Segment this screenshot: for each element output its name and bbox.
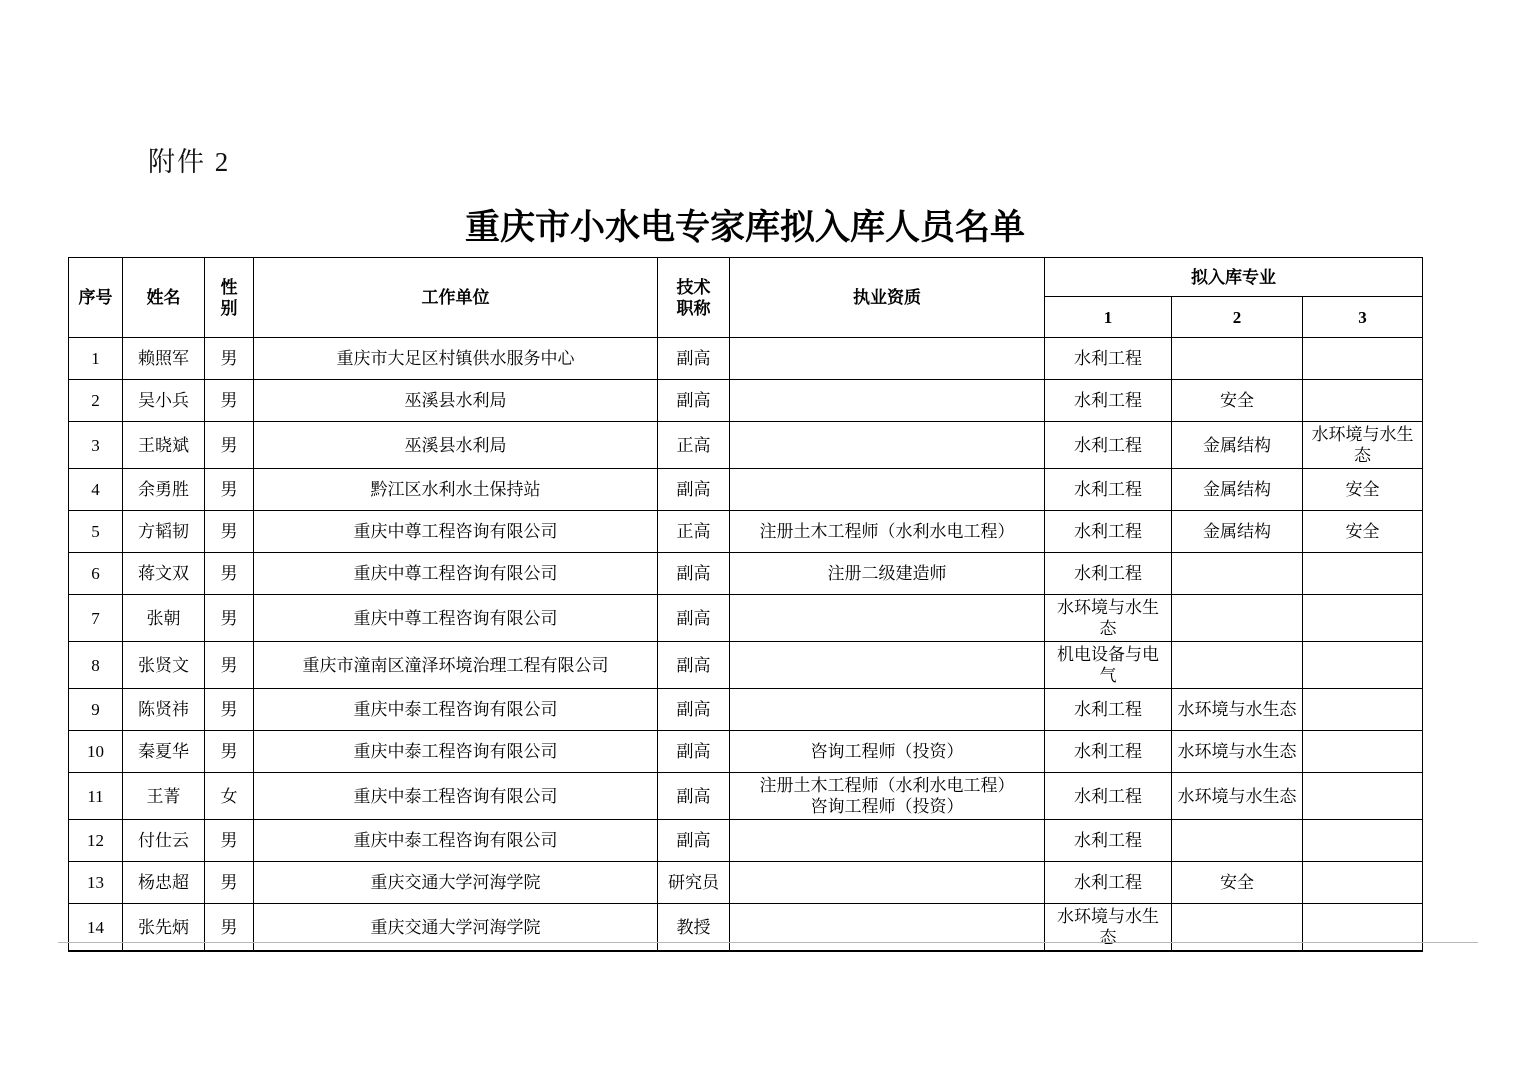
qualification-cell (730, 422, 1045, 469)
index-cell: 9 (69, 689, 123, 731)
specialty-3-cell (1303, 553, 1423, 595)
specialty-3-cell (1303, 642, 1423, 689)
specialty-2-cell (1172, 595, 1303, 642)
work-unit-cell: 重庆市大足区村镇供水服务中心 (254, 338, 658, 380)
name-cell: 张贤文 (123, 642, 205, 689)
tech-title-cell: 副高 (658, 689, 730, 731)
qualification-cell (730, 338, 1045, 380)
index-cell: 7 (69, 595, 123, 642)
table-row: 3王晓斌男巫溪县水利局正高水利工程金属结构水环境与水生态 (69, 422, 1423, 469)
index-cell: 11 (69, 773, 123, 820)
specialty-1-cell: 水利工程 (1045, 553, 1172, 595)
specialty-3-cell (1303, 380, 1423, 422)
tech-title-cell: 副高 (658, 553, 730, 595)
specialty-2-cell: 安全 (1172, 380, 1303, 422)
name-cell: 蒋文双 (123, 553, 205, 595)
tech-title-cell: 副高 (658, 595, 730, 642)
work-unit-cell: 重庆中尊工程咨询有限公司 (254, 553, 658, 595)
qualification-cell (730, 595, 1045, 642)
specialty-2-cell: 金属结构 (1172, 422, 1303, 469)
page-title: 重庆市小水电专家库拟入库人员名单 (68, 200, 1422, 250)
tech-title-cell: 副高 (658, 773, 730, 820)
qualification-cell (730, 862, 1045, 904)
name-cell: 方韬韧 (123, 511, 205, 553)
qualification-cell: 注册二级建造师 (730, 553, 1045, 595)
specialty-2-cell: 水环境与水生态 (1172, 689, 1303, 731)
work-unit-cell: 重庆中泰工程咨询有限公司 (254, 689, 658, 731)
specialty-1-cell: 水利工程 (1045, 773, 1172, 820)
tech-title-cell: 副高 (658, 642, 730, 689)
tech-title-cell: 正高 (658, 511, 730, 553)
work-unit-cell: 黔江区水利水土保持站 (254, 469, 658, 511)
qualification-cell: 注册土木工程师（水利水电工程） 咨询工程师（投资） (730, 773, 1045, 820)
header-specialty-group: 拟入库专业 (1045, 258, 1423, 297)
gender-cell: 男 (205, 689, 254, 731)
qualification-cell (730, 469, 1045, 511)
specialty-3-cell (1303, 904, 1423, 952)
header-row-1: 序号 姓名 性 别 工作单位 技术 职称 执业资质 拟入库专业 (69, 258, 1423, 297)
qualification-cell (730, 820, 1045, 862)
header-specialty-3: 3 (1303, 297, 1423, 338)
tech-title-cell: 副高 (658, 380, 730, 422)
specialty-1-cell: 水利工程 (1045, 862, 1172, 904)
index-cell: 8 (69, 642, 123, 689)
tech-title-cell: 副高 (658, 338, 730, 380)
work-unit-cell: 巫溪县水利局 (254, 380, 658, 422)
gender-cell: 男 (205, 595, 254, 642)
work-unit-cell: 重庆交通大学河海学院 (254, 904, 658, 952)
header-specialty-2: 2 (1172, 297, 1303, 338)
gender-cell: 男 (205, 338, 254, 380)
name-cell: 王晓斌 (123, 422, 205, 469)
gender-cell: 女 (205, 773, 254, 820)
gender-cell: 男 (205, 469, 254, 511)
table-body: 1赖照军男重庆市大足区村镇供水服务中心副高水利工程2吴小兵男巫溪县水利局副高水利… (69, 338, 1423, 952)
table-row: 6蒋文双男重庆中尊工程咨询有限公司副高注册二级建造师水利工程 (69, 553, 1423, 595)
name-cell: 秦夏华 (123, 731, 205, 773)
gender-cell: 男 (205, 553, 254, 595)
name-cell: 吴小兵 (123, 380, 205, 422)
specialty-1-cell: 水利工程 (1045, 731, 1172, 773)
name-cell: 张先炳 (123, 904, 205, 952)
header-gender: 性 别 (205, 258, 254, 338)
name-cell: 杨忠超 (123, 862, 205, 904)
table-row: 7张朝男重庆中尊工程咨询有限公司副高水环境与水生态 (69, 595, 1423, 642)
qualification-cell (730, 689, 1045, 731)
qualification-cell (730, 904, 1045, 952)
specialty-1-cell: 水环境与水生态 (1045, 904, 1172, 952)
index-cell: 12 (69, 820, 123, 862)
specialty-2-cell: 水环境与水生态 (1172, 731, 1303, 773)
work-unit-cell: 重庆中尊工程咨询有限公司 (254, 511, 658, 553)
specialty-1-cell: 水利工程 (1045, 422, 1172, 469)
page-bottom-rule (58, 942, 1478, 943)
specialty-2-cell: 安全 (1172, 862, 1303, 904)
gender-cell: 男 (205, 642, 254, 689)
specialty-1-cell: 水利工程 (1045, 380, 1172, 422)
specialty-1-cell: 水利工程 (1045, 689, 1172, 731)
specialty-2-cell: 水环境与水生态 (1172, 773, 1303, 820)
index-cell: 5 (69, 511, 123, 553)
specialty-3-cell: 安全 (1303, 511, 1423, 553)
specialty-2-cell (1172, 904, 1303, 952)
table-row: 8张贤文男重庆市潼南区潼泽环境治理工程有限公司副高机电设备与电气 (69, 642, 1423, 689)
qualification-cell: 注册土木工程师（水利水电工程） (730, 511, 1045, 553)
table-header: 序号 姓名 性 别 工作单位 技术 职称 执业资质 拟入库专业 1 2 3 (69, 258, 1423, 338)
gender-cell: 男 (205, 380, 254, 422)
tech-title-cell: 副高 (658, 820, 730, 862)
table-row: 1赖照军男重庆市大足区村镇供水服务中心副高水利工程 (69, 338, 1423, 380)
table-row: 14张先炳男重庆交通大学河海学院教授水环境与水生态 (69, 904, 1423, 952)
work-unit-cell: 重庆中泰工程咨询有限公司 (254, 731, 658, 773)
table-row: 13杨忠超男重庆交通大学河海学院研究员水利工程安全 (69, 862, 1423, 904)
name-cell: 张朝 (123, 595, 205, 642)
gender-cell: 男 (205, 904, 254, 952)
specialty-3-cell (1303, 862, 1423, 904)
index-cell: 4 (69, 469, 123, 511)
work-unit-cell: 重庆市潼南区潼泽环境治理工程有限公司 (254, 642, 658, 689)
name-cell: 陈贤祎 (123, 689, 205, 731)
name-cell: 余勇胜 (123, 469, 205, 511)
document-page: 附件 2 重庆市小水电专家库拟入库人员名单 序号 姓名 性 别 工作单位 技术 … (0, 0, 1520, 1074)
tech-title-cell: 研究员 (658, 862, 730, 904)
index-cell: 1 (69, 338, 123, 380)
name-cell: 王菁 (123, 773, 205, 820)
index-cell: 10 (69, 731, 123, 773)
table-row: 11王菁女重庆中泰工程咨询有限公司副高注册土木工程师（水利水电工程） 咨询工程师… (69, 773, 1423, 820)
specialty-2-cell (1172, 820, 1303, 862)
specialty-2-cell: 金属结构 (1172, 511, 1303, 553)
index-cell: 14 (69, 904, 123, 952)
qualification-cell (730, 380, 1045, 422)
gender-cell: 男 (205, 731, 254, 773)
specialty-1-cell: 水环境与水生态 (1045, 595, 1172, 642)
specialty-3-cell (1303, 338, 1423, 380)
index-cell: 3 (69, 422, 123, 469)
specialty-2-cell (1172, 553, 1303, 595)
attachment-label: 附件 2 (148, 140, 230, 179)
work-unit-cell: 重庆交通大学河海学院 (254, 862, 658, 904)
header-specialty-1: 1 (1045, 297, 1172, 338)
table-row: 2吴小兵男巫溪县水利局副高水利工程安全 (69, 380, 1423, 422)
work-unit-cell: 重庆中尊工程咨询有限公司 (254, 595, 658, 642)
specialty-2-cell: 金属结构 (1172, 469, 1303, 511)
specialty-1-cell: 水利工程 (1045, 511, 1172, 553)
specialty-3-cell (1303, 773, 1423, 820)
table-row: 4余勇胜男黔江区水利水土保持站副高水利工程金属结构安全 (69, 469, 1423, 511)
specialty-1-cell: 机电设备与电气 (1045, 642, 1172, 689)
qualification-cell (730, 642, 1045, 689)
tech-title-cell: 副高 (658, 731, 730, 773)
gender-cell: 男 (205, 820, 254, 862)
header-name: 姓名 (123, 258, 205, 338)
table-row: 12付仕云男重庆中泰工程咨询有限公司副高水利工程 (69, 820, 1423, 862)
header-work-unit: 工作单位 (254, 258, 658, 338)
specialty-3-cell: 水环境与水生态 (1303, 422, 1423, 469)
specialty-2-cell (1172, 642, 1303, 689)
specialty-3-cell (1303, 731, 1423, 773)
index-cell: 13 (69, 862, 123, 904)
index-cell: 2 (69, 380, 123, 422)
qualification-cell: 咨询工程师（投资） (730, 731, 1045, 773)
tech-title-cell: 副高 (658, 469, 730, 511)
name-cell: 赖照军 (123, 338, 205, 380)
work-unit-cell: 巫溪县水利局 (254, 422, 658, 469)
specialty-3-cell: 安全 (1303, 469, 1423, 511)
expert-roster-table: 序号 姓名 性 别 工作单位 技术 职称 执业资质 拟入库专业 1 2 3 1赖… (68, 257, 1423, 952)
specialty-1-cell: 水利工程 (1045, 820, 1172, 862)
header-tech-title: 技术 职称 (658, 258, 730, 338)
specialty-3-cell (1303, 820, 1423, 862)
tech-title-cell: 教授 (658, 904, 730, 952)
name-cell: 付仕云 (123, 820, 205, 862)
specialty-3-cell (1303, 689, 1423, 731)
header-index: 序号 (69, 258, 123, 338)
index-cell: 6 (69, 553, 123, 595)
specialty-1-cell: 水利工程 (1045, 338, 1172, 380)
gender-cell: 男 (205, 511, 254, 553)
header-qualification: 执业资质 (730, 258, 1045, 338)
gender-cell: 男 (205, 862, 254, 904)
tech-title-cell: 正高 (658, 422, 730, 469)
specialty-1-cell: 水利工程 (1045, 469, 1172, 511)
table-row: 5方韬韧男重庆中尊工程咨询有限公司正高注册土木工程师（水利水电工程）水利工程金属… (69, 511, 1423, 553)
gender-cell: 男 (205, 422, 254, 469)
specialty-3-cell (1303, 595, 1423, 642)
work-unit-cell: 重庆中泰工程咨询有限公司 (254, 820, 658, 862)
table-row: 9陈贤祎男重庆中泰工程咨询有限公司副高水利工程水环境与水生态 (69, 689, 1423, 731)
specialty-2-cell (1172, 338, 1303, 380)
work-unit-cell: 重庆中泰工程咨询有限公司 (254, 773, 658, 820)
table-row: 10秦夏华男重庆中泰工程咨询有限公司副高咨询工程师（投资）水利工程水环境与水生态 (69, 731, 1423, 773)
